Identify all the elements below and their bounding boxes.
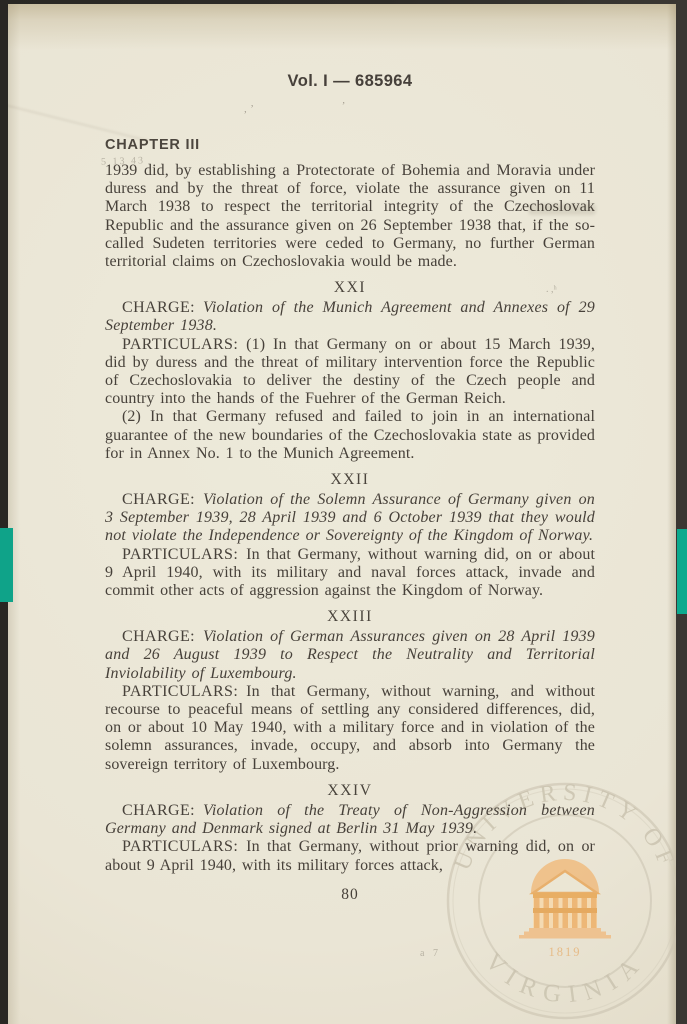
scanned-document-view: UNIVERSITY OF VIRGINIA: [0, 0, 687, 1024]
particulars-label: PARTICULARS:: [122, 546, 246, 563]
section-numeral-xxi: XXI: [105, 279, 595, 297]
section-numeral-xxiii: XXIII: [105, 608, 595, 626]
page-text-column: Vol. I — 685964 CHAPTER III 1939 did, by…: [105, 4, 595, 904]
ink-smudge: [528, 204, 596, 215]
charge-paragraph-xxiv: CHARGE:Violation of the Treaty of Non-Ag…: [105, 802, 595, 838]
particulars-paragraph-xxi-2: (2) In that Germany refused and failed t…: [105, 408, 595, 463]
charge-label: CHARGE:: [122, 802, 203, 819]
particulars-paragraph-xxii: PARTICULARS:In that Germany, without war…: [105, 546, 595, 601]
section-numeral-xxii: XXII: [105, 471, 595, 489]
particulars-label: PARTICULARS:: [122, 336, 246, 353]
particulars-paragraph-xxi-1: PARTICULARS:(1) In that Germany on or ab…: [105, 336, 595, 409]
particulars-label: PARTICULARS:: [122, 683, 246, 700]
scanner-bed-accent-right: [677, 529, 687, 614]
ink-speck: . ,ʰ: [546, 284, 557, 295]
particulars-paragraph-xxiii: PARTICULARS:In that Germany, without war…: [105, 683, 595, 774]
charge-paragraph-xxi: CHARGE:Violation of the Munich Agreement…: [105, 299, 595, 335]
section-numeral-xxiv: XXIV: [105, 782, 595, 800]
page-number: 80: [105, 886, 595, 904]
charge-label: CHARGE:: [122, 628, 203, 645]
pencil-annotation: 5 13 43: [101, 155, 145, 168]
seal-year: 1819: [549, 945, 582, 959]
chapter-heading: CHAPTER III: [105, 137, 595, 153]
ink-speck: ʼ: [341, 100, 345, 112]
charge-label: CHARGE:: [122, 491, 203, 508]
ink-speck: a 7: [420, 948, 441, 959]
charge-label: CHARGE:: [122, 299, 203, 316]
particulars-paragraph-xxiv: PARTICULARS:In that Germany, without pri…: [105, 838, 595, 874]
intro-paragraph: 1939 did, by establishing a Protectorate…: [105, 162, 595, 271]
ink-speck: , ʼ: [244, 103, 253, 115]
charge-paragraph-xxiii: CHARGE:Violation of German Assurances gi…: [105, 628, 595, 683]
volume-header: Vol. I — 685964: [105, 4, 595, 91]
particulars-label: PARTICULARS:: [122, 838, 246, 855]
scanner-bed-accent-left: [0, 528, 13, 602]
charge-paragraph-xxii: CHARGE:Violation of the Solemn Assurance…: [105, 491, 595, 546]
